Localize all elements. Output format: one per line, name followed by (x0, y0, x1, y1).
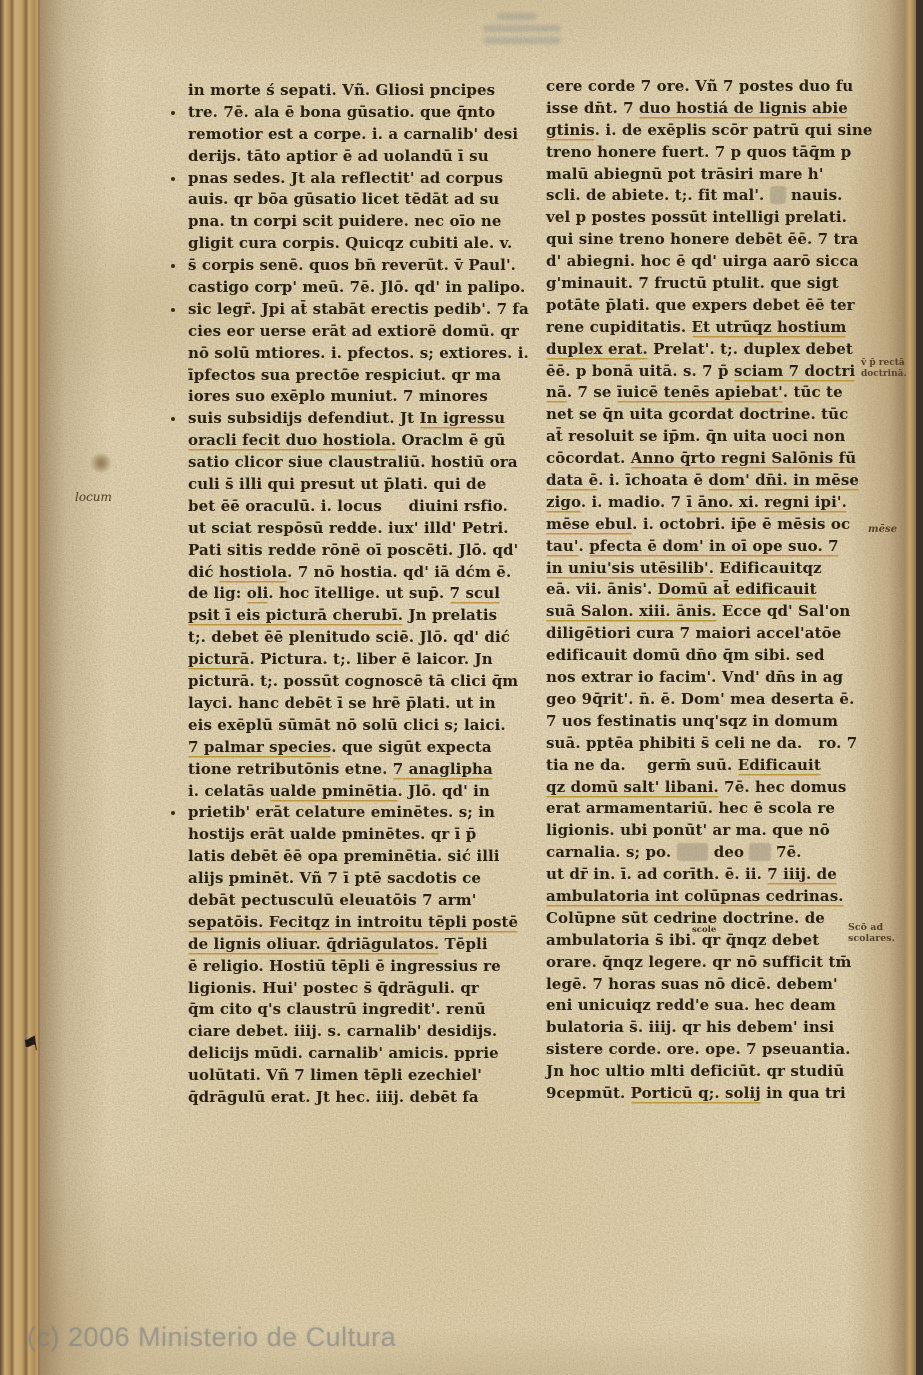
manuscript-line: de lig: oli. hoc ītellige. ut sup̄. 7 sc… (188, 583, 536, 605)
manuscript-line: malū abiegnū pot trāsiri mare h' (546, 164, 881, 186)
manuscript-line: castigo corp' meū. 7ē. Jlō. qd' in palip… (188, 277, 536, 299)
right-text-column: cere corde 7 ore. Vñ 7 postes duo fuisse… (546, 76, 881, 1105)
manuscript-line: oracli fecit duo hostiola. Oraclm ē gū (188, 430, 536, 452)
margin-note-scolares: Scō ad scolares. (848, 922, 918, 944)
manuscript-line: latis debēt ēē opa preminētia. sić illi (188, 846, 536, 868)
manuscript-line: uolūtati. Vñ 7 limen tēpli ezechiel' (188, 1065, 536, 1087)
manuscript-line: erat armamentariū. hec ē scola re (546, 798, 881, 820)
manuscript-line: Pati sitis redde rōnē oī poscēti. Jlō. q… (188, 540, 536, 562)
manuscript-line: suis subsidijs defendiut. Jt In igressu (188, 408, 536, 430)
manuscript-line: sistere corde. ore. ope. 7 pseuantia. (546, 1039, 881, 1061)
manuscript-line: pna. tn corpi scit puidere. nec oīo ne (188, 211, 536, 233)
manuscript-line: remotior est a corpe. i. a carnalib' des… (188, 124, 536, 146)
manuscript-line: bet ēē oraculū. i. locus diuini rsfio. (188, 496, 536, 518)
manuscript-line: rene cupiditatis. Et utrūqz hostium (546, 317, 881, 339)
manuscript-line: bulatoria s̄. iiij. qr his debem' insi (546, 1017, 881, 1039)
book-binding-gutter (0, 0, 40, 1375)
manuscript-line: cies eor uerse erāt ad extiorē domū. qr (188, 321, 536, 343)
manuscript-line: culi s̄ illi qui presut ut p̄lati. qui d… (188, 474, 536, 496)
manuscript-line: picturā. t;. possūt cognoscē tā clici q̄… (188, 671, 536, 693)
manuscript-line: eis exēplū sūmāt nō solū clici s; laici. (188, 715, 536, 737)
manuscript-line: in uniu'sis utēsilib'. Edificauitqz (546, 558, 881, 580)
margin-note-recta-doctrina: v̄ p̄ rectā doctrinā. (861, 358, 919, 379)
manuscript-line: edificauit domū dn̄o q̄m sibi. sed (546, 645, 881, 667)
manuscript-line: qz domū salt' libani. 7ē. hec domus (546, 777, 881, 799)
manuscript-line: nos extrar io facim'. Vnd' dn̄s in ag (546, 667, 881, 689)
manuscript-line: at̄ resoluit se ip̄m. q̄n uita uoci non (546, 426, 881, 448)
manuscript-line: satio clicor siue claustraliū. hostiū or… (188, 452, 536, 474)
manuscript-line: d' abiegni. hoc ē qd' uirga aarō sicca (546, 251, 881, 273)
manuscript-line: nā. 7 se īuicē tenēs apiebat'. tūc te (546, 382, 881, 404)
manuscript-line: gligit cura corpis. Quicqz cubiti ale. v… (188, 233, 536, 255)
background-edge (916, 0, 923, 1375)
manuscript-line: picturā. Pictura. t;. liber ē laicor. Jn (188, 649, 536, 671)
manuscript-line: treno honere fuert. 7 p quos tāq̄m p (546, 142, 881, 164)
manuscript-line: q̄drāgulū erat. Jt hec. iiij. debēt fa (188, 1087, 536, 1109)
manuscript-line: nō solū mtiores. i. pfectos. s; extiores… (188, 343, 536, 365)
margin-note-locum: locum (75, 490, 112, 504)
manuscript-line: tia ne da. germ̄ suū. Edificauit (546, 755, 881, 777)
manuscript-line: 9cepmūt. Porticū q;. solij in qua tri (546, 1083, 881, 1105)
gutter-shadow (38, 0, 108, 1375)
manuscript-line: diligētiori cura 7 maiori accel'atōe (546, 623, 881, 645)
manuscript-line: ligionis. Hui' postec s̄ q̄drāguli. qr (188, 978, 536, 1000)
manuscript-line: eā. vii. ānis'. Domū at̄ edificauit (546, 579, 881, 601)
manuscript-line: Jn hoc ultio mlti deficiūt. qr studiū (546, 1061, 881, 1083)
manuscript-line: net se q̄n uita gcordat doctrine. tūc (546, 404, 881, 426)
manuscript-line: īpfectos sua prectōe respiciut. qr ma (188, 365, 536, 387)
manuscript-line: ligionis. ubi ponūt' ar ma. que nō (546, 820, 881, 842)
manuscript-line: suā Salon. xiii. ānis. Ecce qd' Sal'on (546, 601, 881, 623)
manuscript-line: de lignis oliuar. q̄driāgulatos. Tēpli (188, 934, 536, 956)
manuscript-line: cere corde 7 ore. Vñ 7 postes duo fu (546, 76, 881, 98)
manuscript-line: s̄ corpis senē. quos bn̄ reverūt. v̄ Pau… (188, 255, 536, 277)
manuscript-line: psit ī eis picturā cherubī. Jn prelatis (188, 605, 536, 627)
manuscript-line: sepatōis. Fecitqz in introitu tēpli post… (188, 912, 536, 934)
manuscript-line: suā. pptēa phibiti s̄ celi ne da. ro. 7 (546, 733, 881, 755)
manuscript-line: zigo. i. madio. 7 ī āno. xi. regni ipi'. (546, 492, 881, 514)
manuscript-line: layci. hanc debēt ī se hrē p̄lati. ut in (188, 693, 536, 715)
faint-inscription (483, 8, 561, 44)
manuscript-line: iores suo exēplo muniut. 7 minores (188, 386, 536, 408)
manuscript-line: potāte p̄lati. que expers debet ēē ter (546, 295, 881, 317)
manuscript-line: mēse ebul. i. octobri. ip̄e ē mēsis oc (546, 514, 881, 536)
manuscript-line: vel p postes possūt intelligi prelati. (546, 207, 881, 229)
paragraph-bullet (171, 308, 175, 312)
margin-note-mense: mēse (868, 524, 897, 535)
manuscript-line: carnalia. s; po. deo 7ē. (546, 842, 881, 864)
manuscript-line: dić hostiola. 7 nō hostia. qd' iā dćm ē. (188, 562, 536, 584)
manuscript-line: debāt pectusculū eleuatōis 7 arm' (188, 890, 536, 912)
manuscript-line: tre. 7ē. ala ē bona gūsatio. que q̄nto (188, 102, 536, 124)
manuscript-line: ut dr̄ in. ī. ad corīth. ē. ii. 7 iiij. … (546, 864, 881, 886)
manuscript-line: sic legr̄. Jpi at̄ stabāt erectis pedib'… (188, 299, 536, 321)
manuscript-line: prietib' erāt celature eminētes. s; in (188, 802, 536, 824)
margin-mark-icon: ⚑ (20, 1031, 41, 1057)
manuscript-line: in morte ś sepati. Vñ. Gliosi pncipes (188, 80, 536, 102)
manuscript-line: tione retributōnis etne. 7 anaglipha (188, 759, 536, 781)
manuscript-line: alijs pminēt. Vñ 7 ī ptē sacdotis ce (188, 868, 536, 890)
manuscript-line: isse dn̄t. 7 duo hostiá de lignis abie (546, 98, 881, 120)
manuscript-line: 7 uos festinatis unq'sqz in domum (546, 711, 881, 733)
manuscript-line: tau'. pfecta ē dom' in oī ope suo. 7 (546, 536, 881, 558)
copyright-watermark: (c) 2006 Ministerio de Cultura (27, 1322, 396, 1353)
manuscript-line: cōcordat. Anno q̄rto regni Salōnis fū (546, 448, 881, 470)
manuscript-line: 7 palmar species. que sigūt expecta (188, 737, 536, 759)
manuscript-line: derijs. tāto aptior ē ad uolandū ī su (188, 146, 536, 168)
manuscript-line: ciare debet. iiij. s. carnalib' desidijs… (188, 1021, 536, 1043)
manuscript-line: geo 9q̄rit'. n̄. ē. Dom' mea deserta ē. (546, 689, 881, 711)
manuscript-line: gtinis. i. de exēplis scōr patrū qui sin… (546, 120, 881, 142)
manuscript-line: qui sine treno honere debēt ēē. 7 tra (546, 229, 881, 251)
manuscript-line: legē. 7 horas suas nō dicē. debem' (546, 974, 881, 996)
manuscript-line: orare. q̄nqz legere. qr nō sufficit tm̄ (546, 952, 881, 974)
manuscript-line: auis. qr bōa gūsatio licet tēdāt ad su (188, 189, 536, 211)
manuscript-line: scli. de abiete. t;. fit mal'. nauis. (546, 185, 881, 207)
manuscript-line: ē religio. Hostiū tēpli ē ingressius re (188, 956, 536, 978)
manuscript-line: delicijs mūdi. carnalib' amicis. pprie (188, 1043, 536, 1065)
manuscript-line: duplex erat. Prelat'. t;. duplex debet (546, 339, 881, 361)
manuscript-line: data ē. i. īchoata ē dom' dn̄i. in mēse (546, 470, 881, 492)
manuscript-line: hostijs erāt ualde pminētes. qr ī p̄ (188, 824, 536, 846)
manuscript-line: ēē. p bonā uitā. s. 7 p̄ sciam 7 doctri (546, 361, 881, 383)
manuscript-line: t;. debet ēē plenitudo sciē. Jlō. qd' di… (188, 627, 536, 649)
manuscript-line: q̄m cito q's claustrū ingredit'. renū (188, 999, 536, 1021)
left-text-column: in morte ś sepati. Vñ. Gliosi pncipestre… (188, 80, 536, 1109)
manuscript-line: ambulatoria int colūpnas cedrinas. (546, 886, 881, 908)
manuscript-line: ut sciat respōsū redde. iux' illd' Petri… (188, 518, 536, 540)
manuscript-line: i. celatās ualde pminētia. Jlō. qd' in (188, 781, 536, 803)
paragraph-bullet (171, 177, 175, 181)
interlinear-gloss: scole (692, 925, 716, 935)
manuscript-line: pnas sedes. Jt ala reflectit' ad corpus (188, 168, 536, 190)
paragraph-bullet (171, 111, 175, 115)
manuscript-line: eni unicuiqz redd'e sua. hec deam (546, 995, 881, 1017)
manuscript-scan: ⚑ in morte ś sepati. Vñ. Gliosi pncipest… (0, 0, 923, 1375)
manuscript-line: g'minauit. 7 fructū ptulit. que sigt (546, 273, 881, 295)
